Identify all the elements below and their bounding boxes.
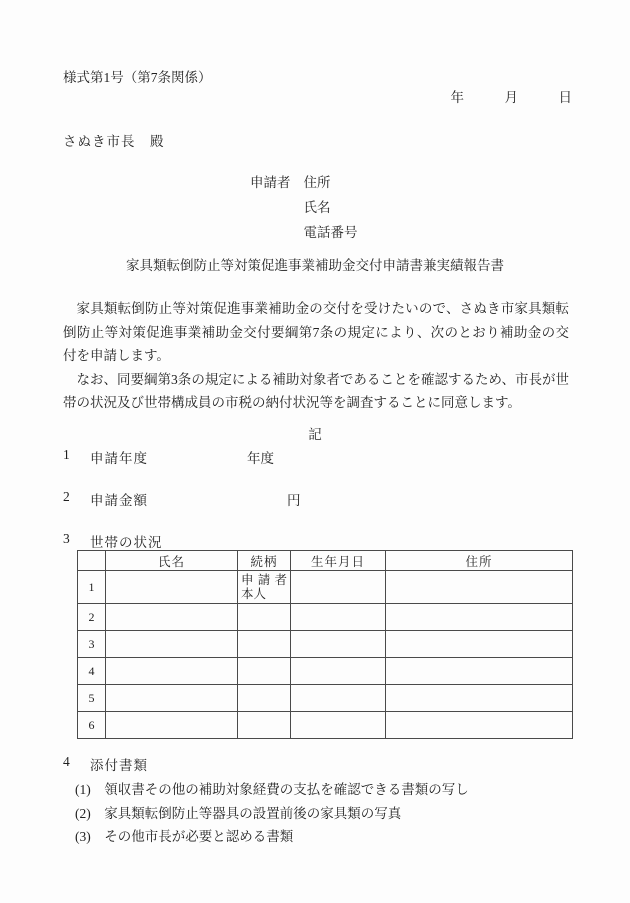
table-row: 3 — [78, 631, 573, 658]
relation-cell — [238, 658, 291, 685]
item2-suffix: 円 — [287, 489, 301, 509]
birthdate-cell — [291, 631, 386, 658]
relation-cell — [238, 685, 291, 712]
row-number: 2 — [78, 604, 106, 631]
row-number: 3 — [78, 631, 106, 658]
household-status-table: 氏名 続柄 生年月日 住所 1 申 請 者 本人 2 3 — [77, 550, 573, 739]
relation-cell: 申 請 者 本人 — [238, 571, 291, 604]
address-cell — [386, 712, 573, 739]
table-header-row: 氏名 続柄 生年月日 住所 — [78, 551, 573, 571]
item1-suffix: 年度 — [247, 447, 274, 467]
item2-label: 申請金額 — [90, 489, 148, 509]
birthdate-cell — [291, 658, 386, 685]
relation-cell — [238, 712, 291, 739]
item1-label: 申請年度 — [90, 447, 148, 467]
table-row: 5 — [78, 685, 573, 712]
attachments-list: (1) 領収書その他の補助対象経費の支払を確認できる書類の写し (2) 家具類転… — [75, 778, 469, 849]
applicant-label: 申請者 — [250, 170, 291, 245]
attachment-item-3: (3) その他市長が必要と認める書類 — [75, 825, 469, 849]
body-paragraph-1: 家具類転倒防止等対策促進事業補助金の交付を受けたいので、さぬき市家具類転倒防止等… — [63, 297, 569, 368]
date-line: 年 月 日 — [451, 86, 573, 106]
table-row: 1 申 請 者 本人 — [78, 571, 573, 604]
document-title: 家具類転倒防止等対策促進事業補助金交付申請書兼実績報告書 — [0, 254, 630, 274]
address-cell — [386, 658, 573, 685]
relation-cell — [238, 631, 291, 658]
row-number: 1 — [78, 571, 106, 604]
name-cell — [106, 658, 238, 685]
item4-label: 添付書類 — [90, 754, 148, 774]
addressee-line: さぬき市長 殿 — [63, 130, 165, 150]
relation-line2: 本人 — [241, 587, 266, 601]
item4-number: 4 — [63, 754, 70, 770]
row-number: 6 — [78, 712, 106, 739]
item3-number: 3 — [63, 531, 70, 547]
header-relation: 続柄 — [238, 551, 291, 571]
body-paragraph-2: なお、同要綱第3条の規定による補助対象者であることを確認するため、市長が世帯の状… — [63, 368, 569, 415]
applicant-name-label: 氏名 — [304, 195, 358, 220]
attachment-item-1: (1) 領収書その他の補助対象経費の支払を確認できる書類の写し — [75, 778, 469, 802]
relation-line1: 申 請 者 — [241, 573, 287, 587]
address-cell — [386, 604, 573, 631]
table-row: 6 — [78, 712, 573, 739]
header-name: 氏名 — [106, 551, 238, 571]
header-birthdate: 生年月日 — [291, 551, 386, 571]
name-cell — [106, 571, 238, 604]
relation-cell — [238, 604, 291, 631]
birthdate-cell — [291, 712, 386, 739]
name-cell — [106, 685, 238, 712]
birthdate-cell — [291, 604, 386, 631]
applicant-block: 申請者 住所 氏名 電話番号 — [250, 170, 358, 245]
table-row: 4 — [78, 658, 573, 685]
row-number: 4 — [78, 658, 106, 685]
address-cell — [386, 571, 573, 604]
attachment-item-2: (2) 家具類転倒防止等器具の設置前後の家具類の写真 — [75, 802, 469, 826]
birthdate-cell — [291, 685, 386, 712]
body-text: 家具類転倒防止等対策促進事業補助金の交付を受けたいので、さぬき市家具類転倒防止等… — [63, 297, 569, 415]
name-cell — [106, 631, 238, 658]
address-cell — [386, 685, 573, 712]
item3-label: 世帯の状況 — [90, 531, 163, 551]
header-address: 住所 — [386, 551, 573, 571]
header-index — [78, 551, 106, 571]
table-row: 2 — [78, 604, 573, 631]
item1-number: 1 — [63, 447, 70, 463]
row-number: 5 — [78, 685, 106, 712]
applicant-phone-label: 電話番号 — [304, 220, 358, 245]
item2-number: 2 — [63, 489, 70, 505]
form-number: 様式第1号（第7条関係） — [63, 66, 212, 86]
application-form-page: 様式第1号（第7条関係） 年 月 日 さぬき市長 殿 申請者 住所 氏名 電話番… — [0, 0, 630, 903]
name-cell — [106, 604, 238, 631]
birthdate-cell — [291, 571, 386, 604]
applicant-fields: 住所 氏名 電話番号 — [304, 170, 358, 245]
applicant-address-label: 住所 — [304, 170, 358, 195]
name-cell — [106, 712, 238, 739]
address-cell — [386, 631, 573, 658]
ki-marker: 記 — [0, 423, 630, 443]
